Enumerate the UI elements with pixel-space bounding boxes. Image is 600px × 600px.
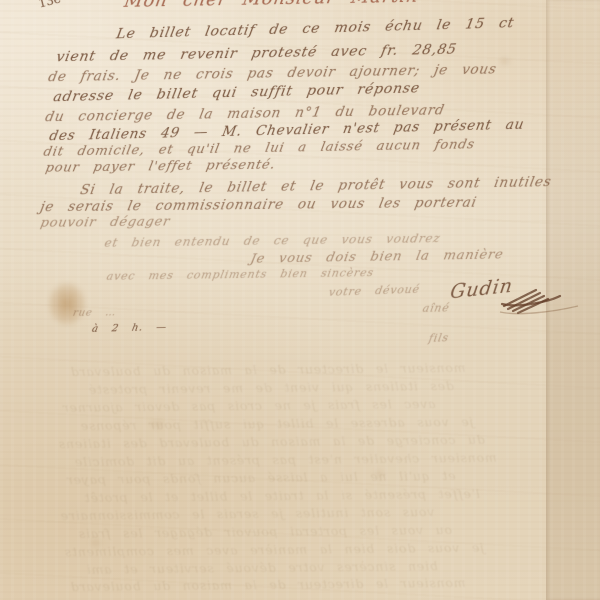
ghost-line: monsieur le directeur de la maison du bo… xyxy=(70,575,466,594)
body-line: Le billet locatif de ce mois échu le 15 … xyxy=(115,15,516,42)
ghost-line: bien sincères votre dévoué serviteur et … xyxy=(86,558,438,577)
page-number-annotation: 13e xyxy=(37,0,62,11)
signature: Gudin xyxy=(449,274,515,303)
body-line: pour payer l'effet présenté. xyxy=(44,158,277,176)
ink-stain xyxy=(48,282,86,326)
ghost-line: et qu'il ne lui a laissé aucun fonds pou… xyxy=(66,468,456,487)
faded-line: fils xyxy=(428,331,450,345)
faded-line: votre dévoué xyxy=(328,283,421,299)
ghost-line: vous sont inutiles je serais le commissi… xyxy=(60,504,434,523)
ghost-line: je vous adresse le billet qui suffit pou… xyxy=(80,414,473,433)
faded-line: et bien entendu de ce que vous voudrez xyxy=(103,231,442,250)
foxing-spot xyxy=(498,56,512,66)
postscript-marks: à 2 h. — xyxy=(91,322,168,335)
page-edge-shadow xyxy=(546,0,600,600)
salutation-line: Mon cher Monsieur Martin xyxy=(123,0,421,12)
faded-line: aîné xyxy=(421,302,450,316)
body-line: de frais. Je ne crois pas devoir ajourne… xyxy=(47,61,498,85)
closing-line: Je vous dois bien la manière xyxy=(249,248,505,267)
ghost-line: monsieur chevalier n'est pas présent au … xyxy=(74,450,497,469)
body-line: Si la traite, le billet et le protêt vou… xyxy=(79,174,553,198)
ghost-line: je vous dois bien la manière avec mes co… xyxy=(64,540,484,559)
ghost-line: ou vous les porterai pouvoir dégager les… xyxy=(78,522,452,541)
faded-line: avec mes compliments bien sincères xyxy=(105,266,375,283)
ghost-line: l'effet présenté si la traite le billet … xyxy=(84,486,480,505)
ghost-line: du concierge de la maison du boulevard d… xyxy=(58,432,485,451)
faded-line: rue … xyxy=(72,308,118,319)
body-line: je serais le commissionnaire ou vous les… xyxy=(39,194,479,215)
ghost-line: des italiens qui vient de me revenir pro… xyxy=(88,378,454,397)
ghost-line: monsieur le directeur de la maison du bo… xyxy=(70,360,466,379)
ghost-line: avec les frais je ne crois pas devoir aj… xyxy=(62,396,436,415)
body-line: pouvoir dégager xyxy=(39,215,172,231)
letter-scan-page: 13e Mon cher Monsieur Martin Le billet l… xyxy=(0,0,600,600)
body-line: vient de me revenir protesté avec fr. 28… xyxy=(55,41,458,65)
